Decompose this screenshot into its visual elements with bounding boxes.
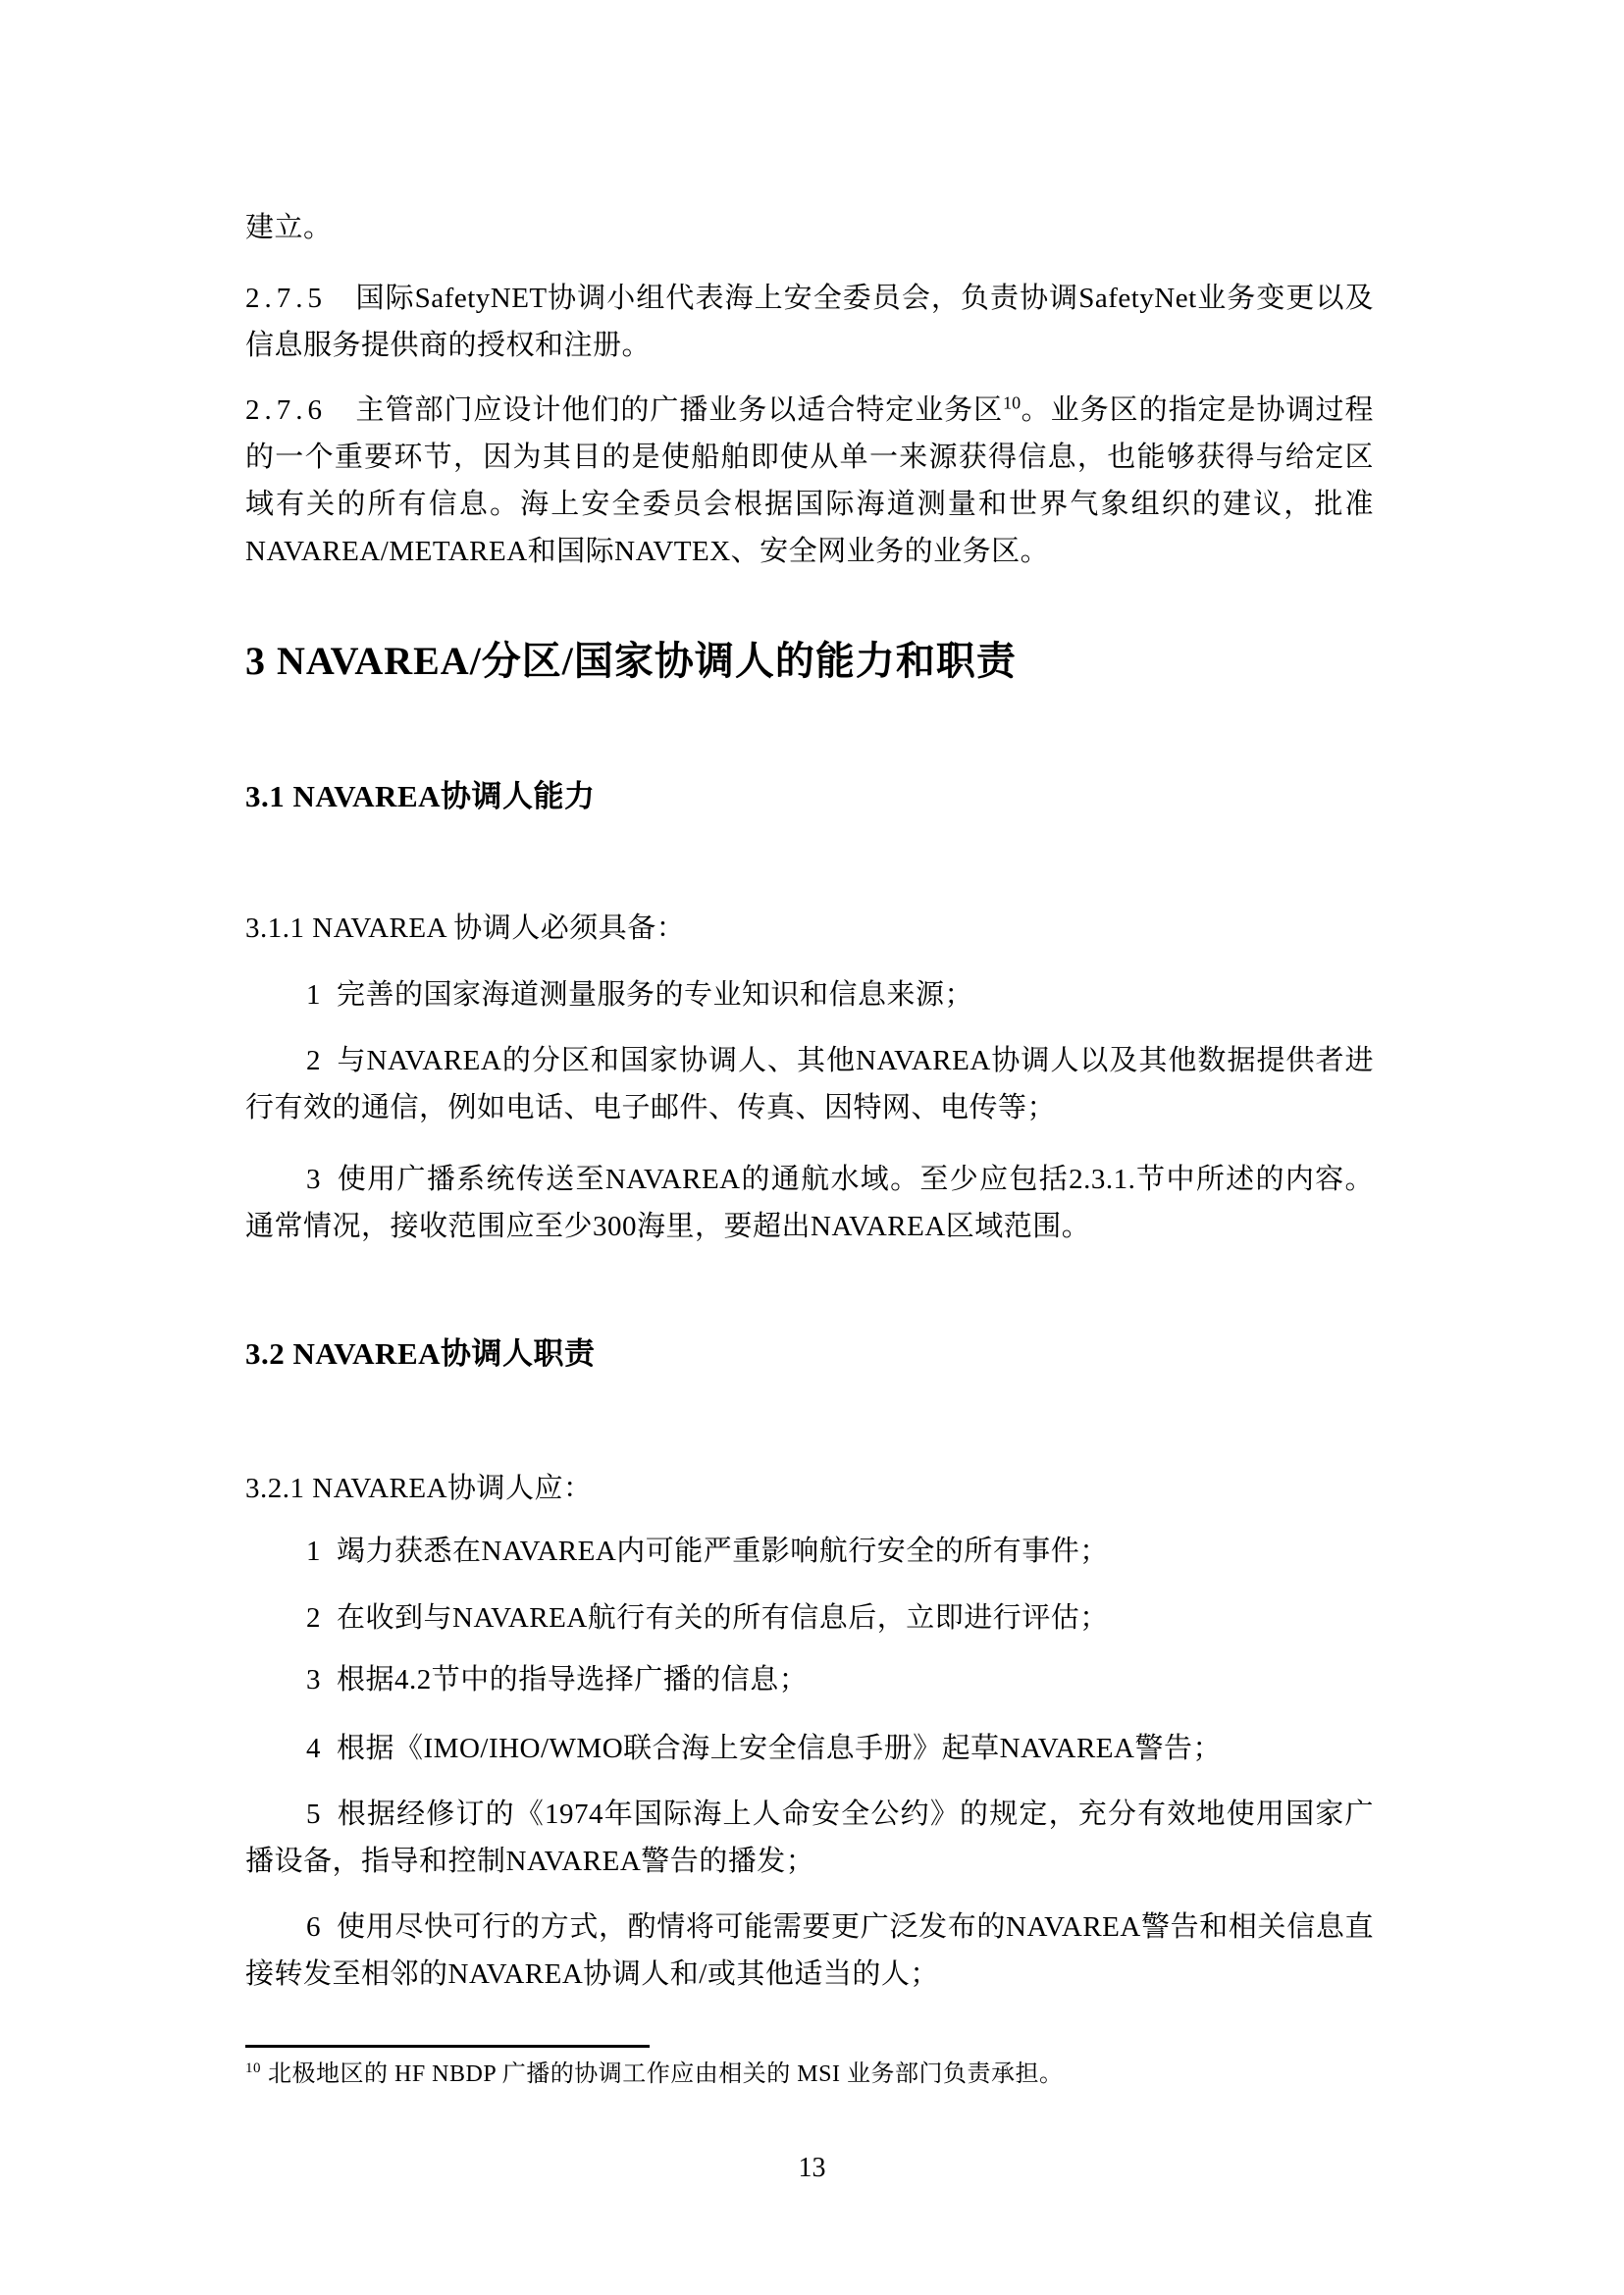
item-number: 4 [306,1733,321,1764]
paragraph-closing-line: 建立。 [245,204,1374,251]
footnote-text: 10北极地区的 HF NBDP 广播的协调工作应由相关的 MSI 业务部门负责承… [245,2057,1374,2092]
item-text: 使用尽快可行的方式，酌情将可能需要更广泛发布的NAVAREA警告和相关信息直接转… [245,1911,1374,1990]
paragraph-2-7-6: 2.7.6主管部门应设计他们的广播业务以适合特定业务区10。业务区的指定是协调过… [245,387,1374,575]
item-text: 根据4.2节中的指导选择广播的信息； [337,1664,808,1695]
clause-number-2-7-5: 2.7.5 [245,283,327,314]
item-number: 1 [306,1536,321,1567]
list-item-3-1-1-1: 1完善的国家海道测量服务的专业知识和信息来源； [245,971,1374,1018]
section-heading-3-1: 3.1 NAVAREA协调人能力 [245,775,1374,818]
page-content: 建立。 2.7.5国际SafetyNET协调小组代表海上安全委员会，负责协调Sa… [0,0,1624,2092]
item-number: 1 [306,979,321,1011]
paragraph-2-7-5: 2.7.5国际SafetyNET协调小组代表海上安全委员会，负责协调Safety… [245,275,1374,369]
item-number: 2 [306,1045,321,1076]
item-text: 使用广播系统传送至NAVAREA的通航水域。至少应包括2.3.1.节中所述的内容… [245,1164,1374,1242]
item-text: 根据《IMO/IHO/WMO联合海上安全信息手册》起草NAVAREA警告； [337,1733,1222,1764]
clause-text-2-7-6-before-ref: 主管部门应设计他们的广播业务以适合特定业务区 [355,394,1003,426]
paragraph-3-2-1-intro: 3.2.1 NAVAREA协调人应： [245,1465,1374,1512]
list-item-3-2-1-6: 6使用尽快可行的方式，酌情将可能需要更广泛发布的NAVAREA警告和相关信息直接… [245,1904,1374,1998]
item-text: 竭力获悉在NAVAREA内可能严重影响航行安全的所有事件； [337,1536,1109,1567]
item-number: 3 [306,1664,321,1695]
item-text: 与NAVAREA的分区和国家协调人、其他NAVAREA协调人以及其他数据提供者进… [245,1045,1374,1123]
item-number: 6 [306,1911,321,1943]
chapter-heading: 3 NAVAREA/分区/国家协调人的能力和职责 [245,634,1374,689]
item-number: 2 [306,1602,321,1634]
clause-text-2-7-5: 国际SafetyNET协调小组代表海上安全委员会，负责协调SafetyNet业务… [245,283,1374,361]
item-number: 5 [306,1799,321,1830]
page-number: 13 [0,2151,1624,2186]
item-text: 完善的国家海道测量服务的专业知识和信息来源； [337,979,973,1011]
footnote-body: 北极地区的 HF NBDP 广播的协调工作应由相关的 MSI 业务部门负责承担。 [268,2061,1064,2087]
document-page: 建立。 2.7.5国际SafetyNET协调小组代表海上安全委员会，负责协调Sa… [0,0,1624,2295]
list-item-3-2-1-4: 4根据《IMO/IHO/WMO联合海上安全信息手册》起草NAVAREA警告； [245,1725,1374,1772]
list-item-3-2-1-5: 5根据经修订的《1974年国际海上人命安全公约》的规定，充分有效地使用国家广播设… [245,1791,1374,1885]
list-item-3-1-1-2: 2与NAVAREA的分区和国家协调人、其他NAVAREA协调人以及其他数据提供者… [245,1037,1374,1131]
list-item-3-2-1-2: 2在收到与NAVAREA航行有关的所有信息后，立即进行评估； [245,1594,1374,1642]
footnote-reference-10: 10 [1003,392,1021,412]
clause-number-2-7-6: 2.7.6 [245,394,327,426]
item-number: 3 [306,1164,321,1195]
paragraph-3-1-1-intro: 3.1.1 NAVAREA 协调人必须具备： [245,905,1374,952]
footnote-marker-10: 10 [245,2060,261,2076]
item-text: 根据经修订的《1974年国际海上人命安全公约》的规定，充分有效地使用国家广播设备… [245,1799,1374,1877]
section-heading-3-2: 3.2 NAVAREA协调人职责 [245,1332,1374,1376]
list-item-3-2-1-3: 3根据4.2节中的指导选择广播的信息； [245,1656,1374,1703]
list-item-3-2-1-1: 1竭力获悉在NAVAREA内可能严重影响航行安全的所有事件； [245,1528,1374,1575]
item-text: 在收到与NAVAREA航行有关的所有信息后，立即进行评估； [337,1602,1109,1634]
footnote-separator-line [245,2045,650,2048]
list-item-3-1-1-3: 3使用广播系统传送至NAVAREA的通航水域。至少应包括2.3.1.节中所述的内… [245,1156,1374,1250]
